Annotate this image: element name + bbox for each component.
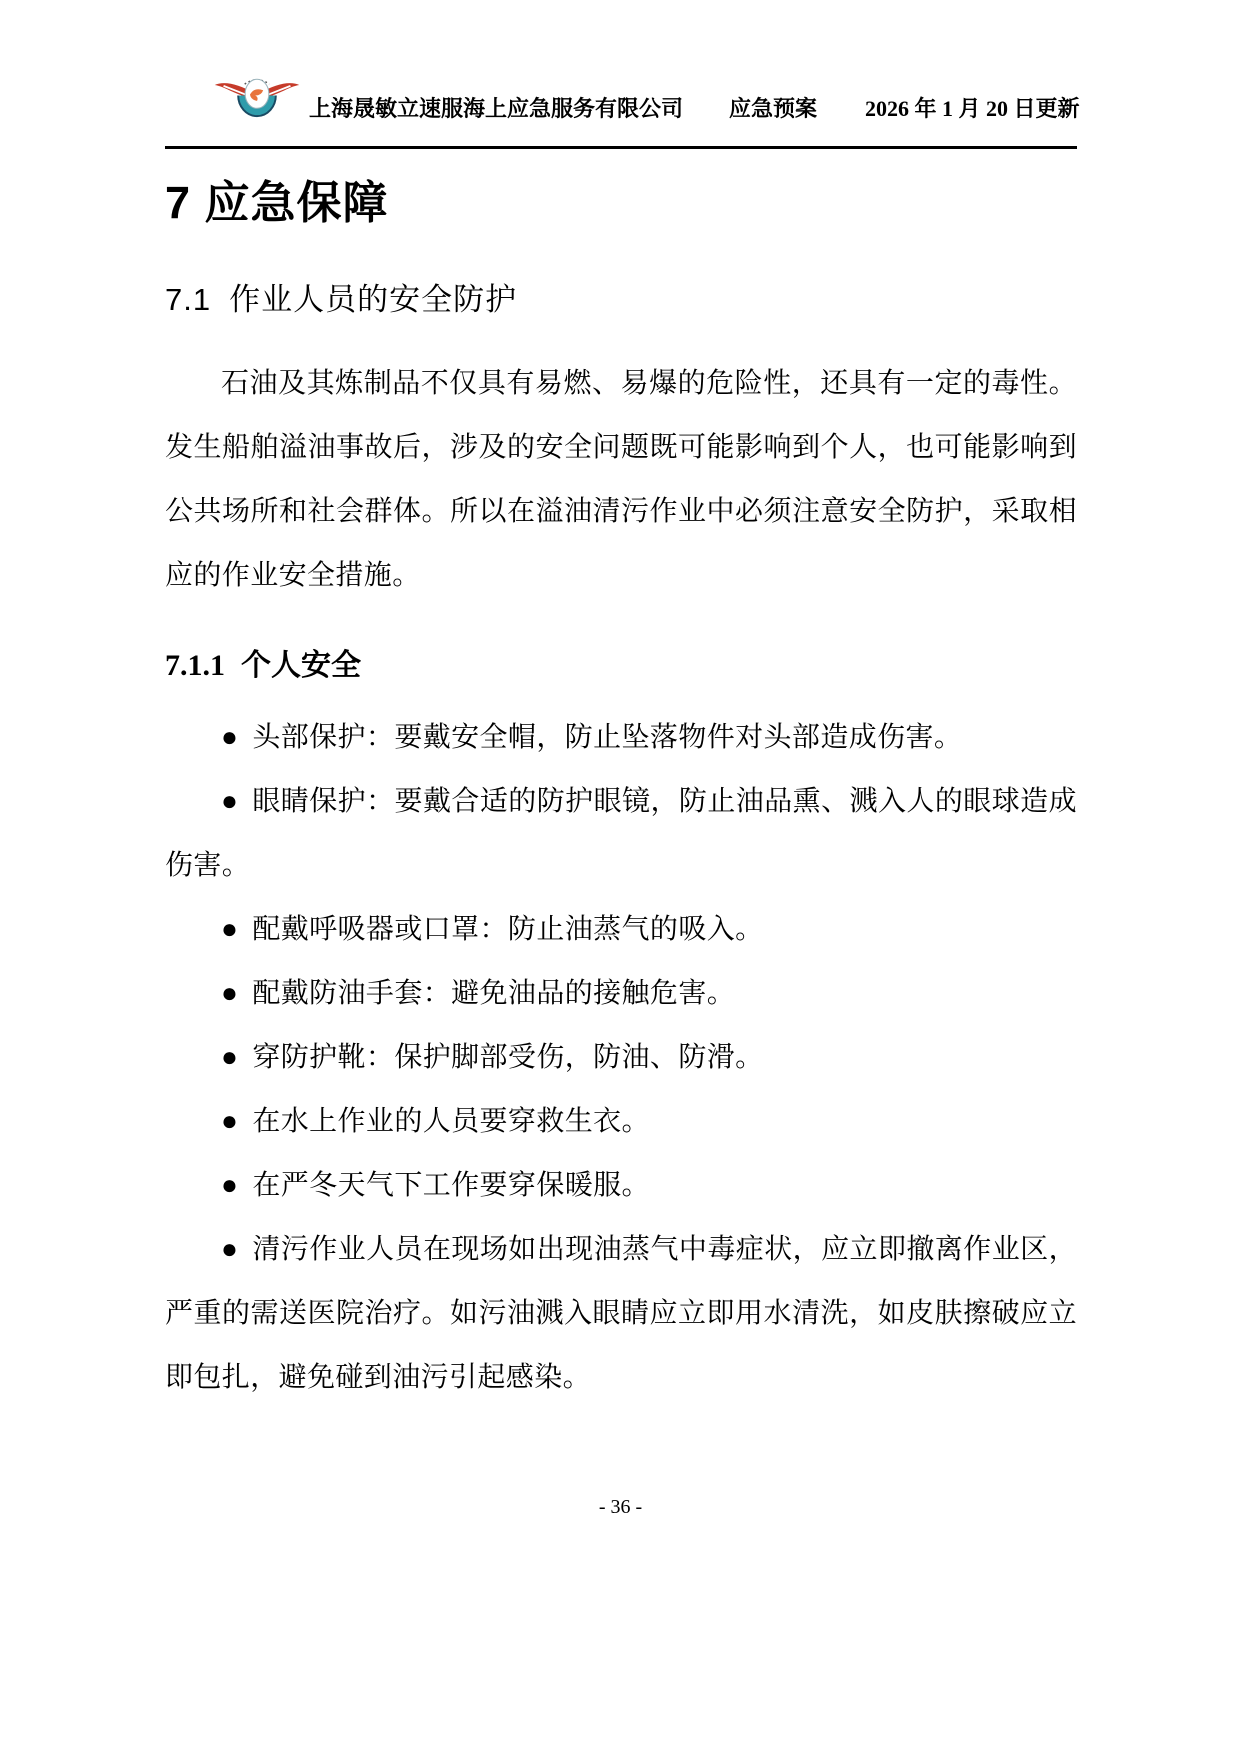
bullet-text: 在严冬天气下工作要穿保暖服。	[252, 1170, 650, 1201]
subsection-title: 个人安全	[241, 649, 361, 682]
section-title: 作业人员的安全防护	[229, 282, 517, 317]
bullet-item: ●配戴防油手套：避免油品的接触危害。	[165, 962, 1077, 1026]
bullet-marker-icon: ●	[221, 1106, 238, 1137]
company-logo-icon	[213, 74, 301, 140]
update-date: 2026 年 1 月 20 日更新	[865, 92, 1080, 123]
bullet-item: ●清污作业人员在现场如出现油蒸气中毒症状，应立即撤离作业区，严重的需送医院治疗。…	[165, 1218, 1077, 1410]
bullet-marker-icon: ●	[221, 978, 238, 1009]
page-footer: - 36 -	[0, 1496, 1241, 1519]
bullet-text: 在水上作业的人员要穿救生衣。	[252, 1106, 650, 1137]
bullet-item: ●头部保护：要戴安全帽，防止坠落物件对头部造成伤害。	[165, 706, 1077, 770]
bullet-marker-icon: ●	[221, 914, 238, 945]
page-header: 上海晟敏立速服海上应急服务有限公司 应急预案 2026 年 1 月 20 日更新	[165, 0, 1077, 149]
bullet-text: 清污作业人员在现场如出现油蒸气中毒症状，应立即撤离作业区，严重的需送医院治疗。如…	[165, 1234, 1077, 1393]
bullet-item: ●眼睛保护：要戴合适的防护眼镜，防止油品熏、溅入人的眼球造成伤害。	[165, 770, 1077, 898]
company-logo-svg	[213, 74, 301, 140]
section-heading: 7.1作业人员的安全防护	[165, 281, 1077, 318]
bullet-text: 眼睛保护：要戴合适的防护眼镜，防止油品熏、溅入人的眼球造成伤害。	[165, 786, 1077, 881]
document-page: 上海晟敏立速服海上应急服务有限公司 应急预案 2026 年 1 月 20 日更新…	[0, 0, 1241, 1754]
subsection-heading: 7.1.1个人安全	[165, 648, 1077, 684]
bullet-list: ●头部保护：要戴安全帽，防止坠落物件对头部造成伤害。●眼睛保护：要戴合适的防护眼…	[165, 706, 1077, 1410]
bullet-marker-icon: ●	[221, 722, 238, 753]
bullet-marker-icon: ●	[221, 1042, 238, 1073]
bullet-item: ●在严冬天气下工作要穿保暖服。	[165, 1154, 1077, 1218]
company-name: 上海晟敏立速服海上应急服务有限公司	[309, 92, 683, 123]
bullet-text: 配戴呼吸器或口罩：防止油蒸气的吸入。	[252, 914, 763, 945]
page-content: 7 应急保障 7.1作业人员的安全防护 石油及其炼制品不仅具有易燃、易爆的危险性…	[0, 177, 1241, 1410]
section-number: 7.1	[165, 282, 211, 317]
page-number: - 36 -	[599, 1496, 642, 1518]
subsection-number: 7.1.1	[165, 649, 225, 682]
bullet-text: 配戴防油手套：避免油品的接触危害。	[252, 978, 735, 1009]
document-type: 应急预案	[729, 92, 817, 123]
bullet-item: ●配戴呼吸器或口罩：防止油蒸气的吸入。	[165, 898, 1077, 962]
bullet-text: 头部保护：要戴安全帽，防止坠落物件对头部造成伤害。	[252, 722, 962, 753]
bullet-text: 穿防护靴：保护脚部受伤，防油、防滑。	[252, 1042, 763, 1073]
bullet-item: ●穿防护靴：保护脚部受伤，防油、防滑。	[165, 1026, 1077, 1090]
bullet-item: ●在水上作业的人员要穿救生衣。	[165, 1090, 1077, 1154]
bullet-marker-icon: ●	[221, 1234, 238, 1265]
intro-paragraph: 石油及其炼制品不仅具有易燃、易爆的危险性，还具有一定的毒性。发生船舶溢油事故后，…	[165, 352, 1077, 608]
bullet-marker-icon: ●	[221, 786, 238, 817]
chapter-title: 7 应急保障	[165, 177, 1077, 229]
bullet-marker-icon: ●	[221, 1170, 238, 1201]
